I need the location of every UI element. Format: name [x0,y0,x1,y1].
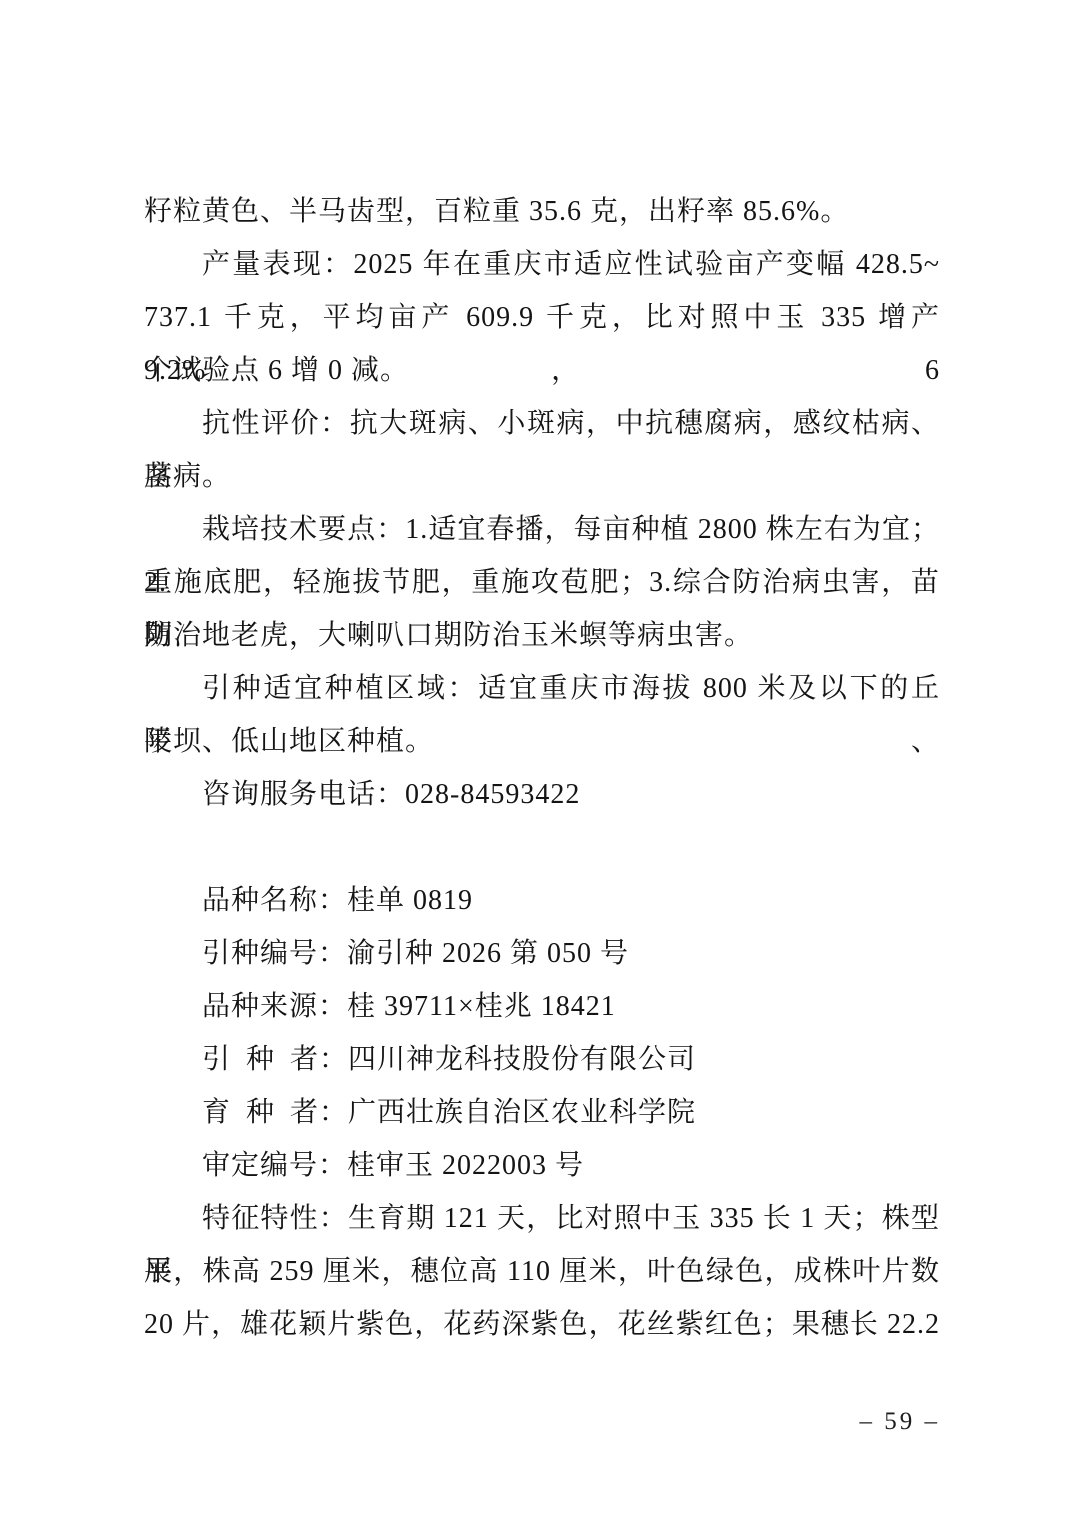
text-line: 审定编号：桂审玉 2022003 号 [144,1139,940,1192]
text-line: 引种适宜种植区域：适宜重庆市海拔 800 米及以下的丘陵、 [144,662,940,715]
text-line: 引种编号：渝引种 2026 第 050 号 [144,927,940,980]
text-line: 20 片，雄花颖片紫色，花药深紫色，花丝紫红色；果穗长 22.2 [144,1298,940,1351]
text-line: 籽粒黄色、半马齿型，百粒重 35.6 克，出籽率 85.6%。 [144,185,940,238]
text-line: 重施底肥，轻施拔节肥，重施攻苞肥；3.综合防治病虫害，苗期 [144,556,940,609]
text-line: 咨询服务电话：028-84593422 [144,768,940,821]
text-line: 品种名称：桂单 0819 [144,874,940,927]
text-line: 栽培技术要点：1.适宜春播，每亩种植 2800 株左右为宜；2. [144,503,940,556]
text-line: 展，株高 259 厘米，穗位高 110 厘米，叶色绿色，成株叶片数 [144,1245,940,1298]
text-line: 特征特性：生育期 121 天，比对照中玉 335 长 1 天；株型平 [144,1192,940,1245]
text-line: 腐病。 [144,450,940,503]
text-line: 737.1 千克，平均亩产 609.9 千克，比对照中玉 335 增产 9.2%… [144,291,940,344]
blank-line [144,821,940,874]
text-line: 育 种 者：广西壮族自治区农业科学院 [144,1086,940,1139]
text-line: 品种来源：桂 39711×桂兆 18421 [144,980,940,1033]
text-line: 防治地老虎，大喇叭口期防治玉米螟等病虫害。 [144,609,940,662]
text-line: 引 种 者：四川神龙科技股份有限公司 [144,1033,940,1086]
document-page: 籽粒黄色、半马齿型，百粒重 35.6 克，出籽率 85.6%。产量表现：2025… [0,0,1074,1520]
page-number: – 59 – [860,1408,941,1436]
document-body: 籽粒黄色、半马齿型，百粒重 35.6 克，出籽率 85.6%。产量表现：2025… [144,185,940,1351]
text-line: 抗性评价：抗大斑病、小斑病，中抗穗腐病，感纹枯病、茎 [144,397,940,450]
text-line: 产量表现：2025 年在重庆市适应性试验亩产变幅 428.5~ [144,238,940,291]
